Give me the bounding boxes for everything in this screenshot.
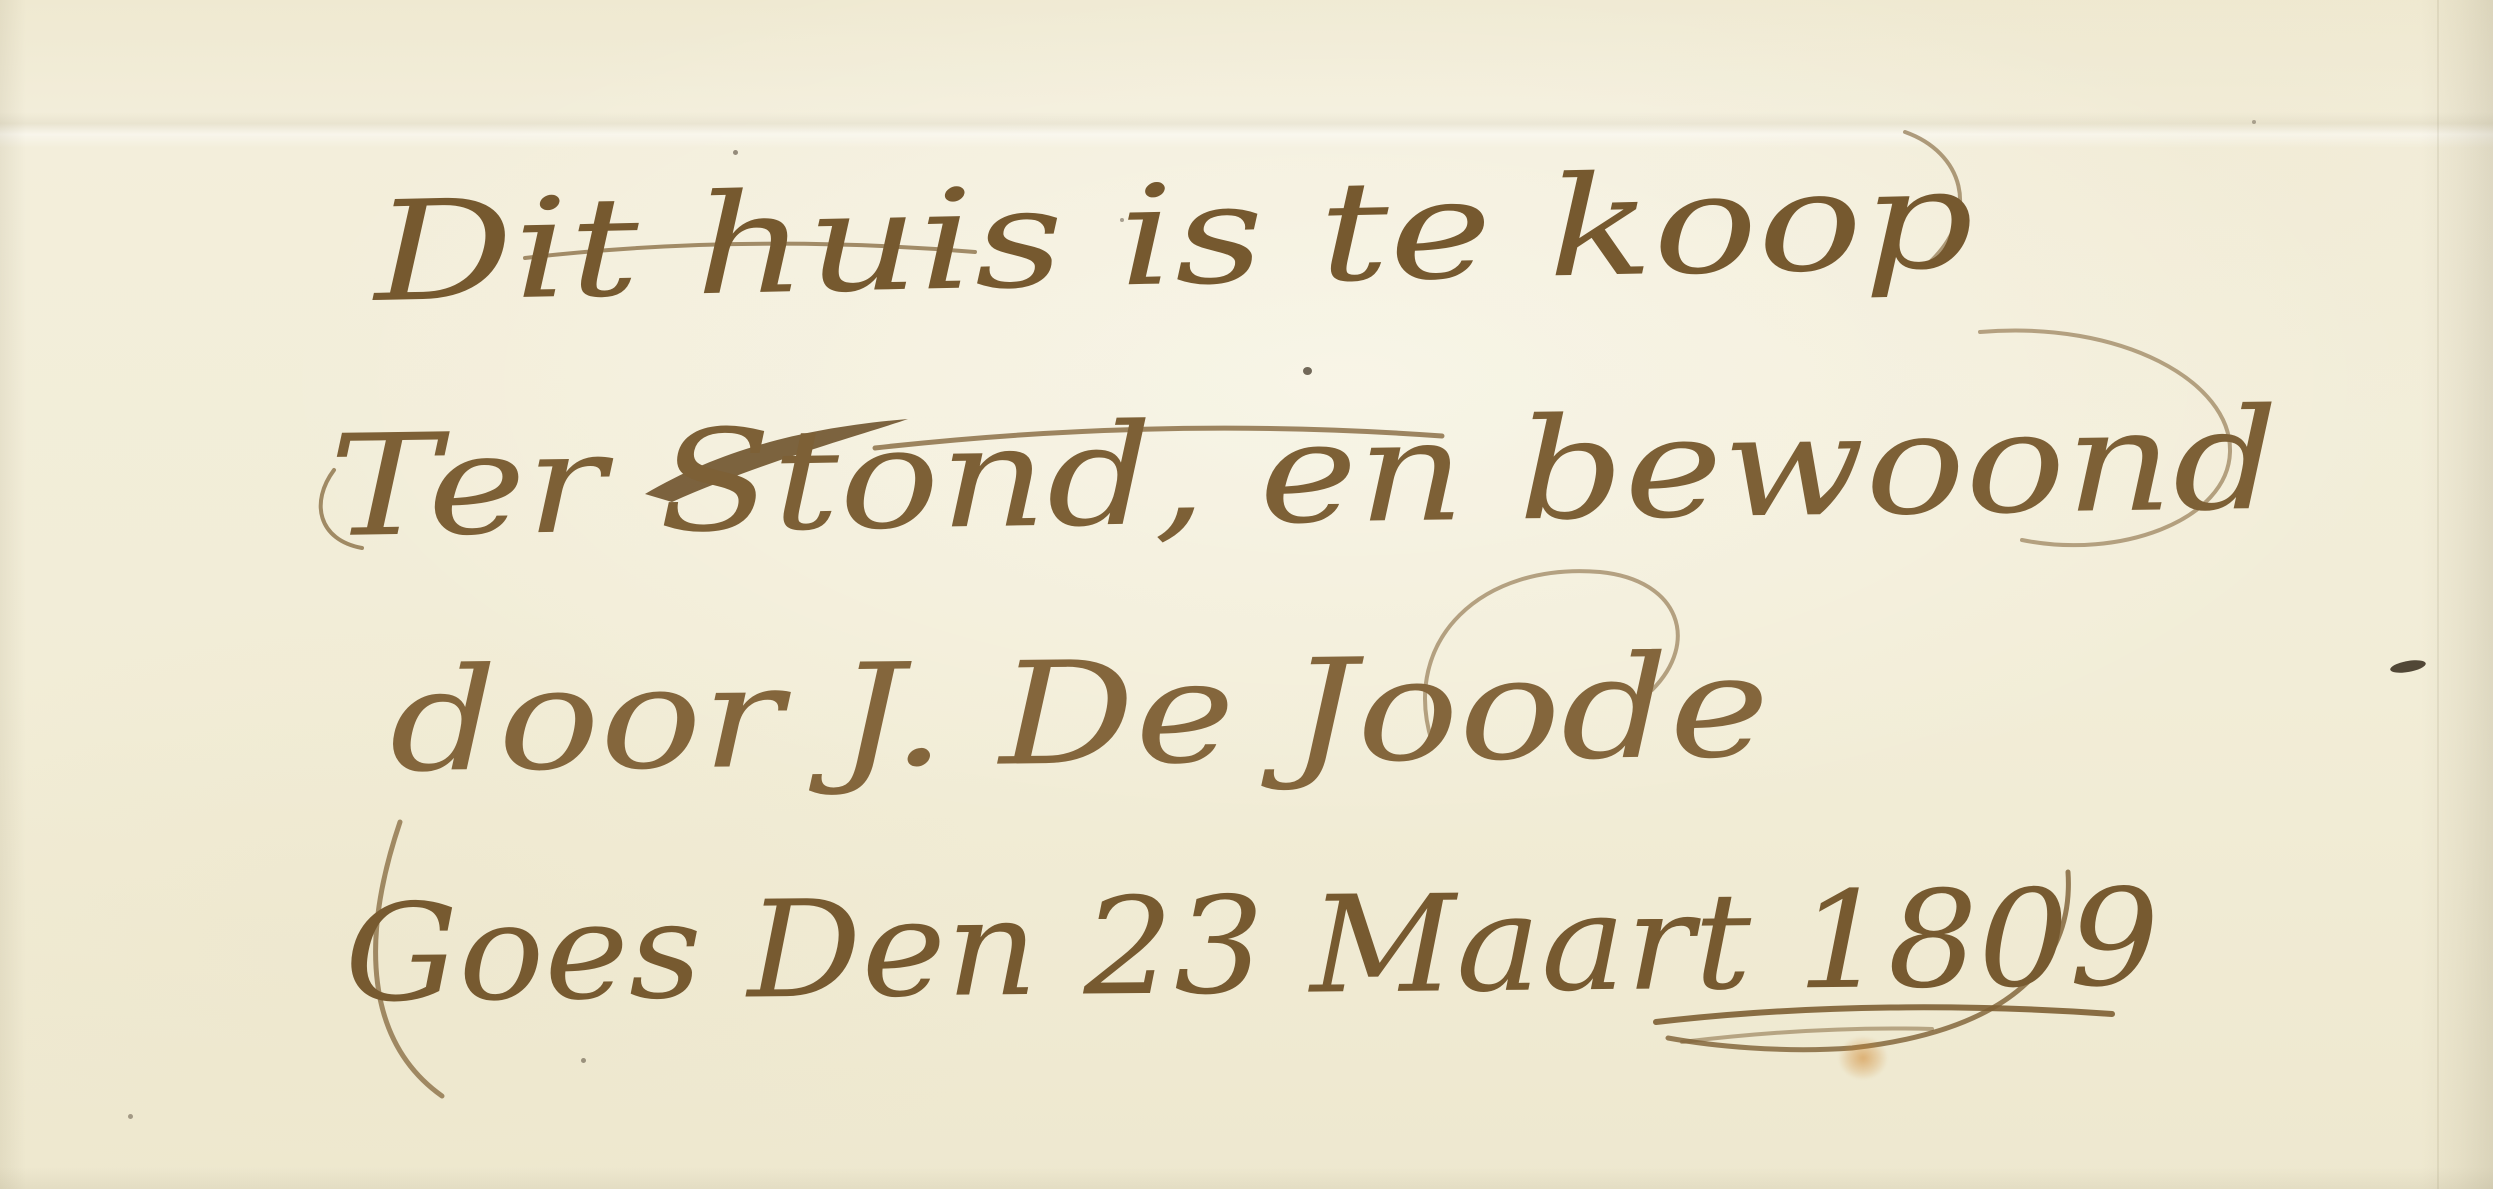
handwriting-layer: Dit huis is te koop Ter Stond, en bewoon… <box>0 0 2493 1189</box>
handwritten-line-4: Goes Den 23 Maart 1809 <box>344 860 2160 1032</box>
handwritten-line-1: Dit huis is te koop <box>369 139 1976 334</box>
paper-speck <box>2252 120 2256 124</box>
paper-speck <box>128 1114 133 1119</box>
rust-stain <box>1838 1036 1888 1080</box>
paper-speck <box>1120 218 1124 222</box>
paper-speck <box>733 150 738 155</box>
paper-speck <box>1303 367 1312 375</box>
handwritten-line-3: door J. De Joode <box>389 625 1771 804</box>
handwritten-line-2: Ter Stond, en bewoond <box>328 379 2280 569</box>
paper-speck <box>581 1058 586 1063</box>
manuscript-page: Dit huis is te koop Ter Stond, en bewoon… <box>0 0 2493 1189</box>
